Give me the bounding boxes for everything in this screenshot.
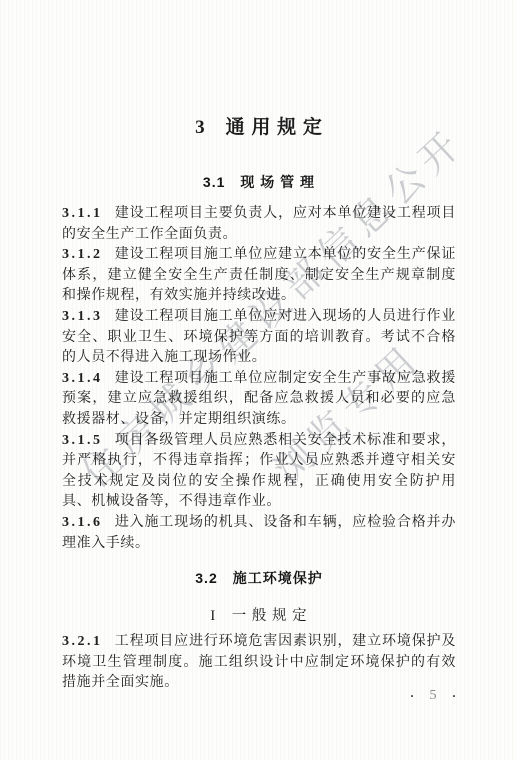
footer-dot-left: · — [410, 690, 414, 702]
clause-number: 3.1.6 — [62, 515, 103, 530]
clause-number: 3.1.3 — [62, 309, 103, 324]
clause-number: 3.2.1 — [62, 634, 103, 649]
section: 3.2 施工环境保护I 一 般 规 定3.2.1工程项目应进行环境危害因素识别，… — [62, 568, 456, 694]
section-heading: 3.2 施工环境保护 — [62, 568, 456, 588]
clause-number: 3.1.1 — [62, 206, 103, 221]
sections-container: 3.1 现 场 管 理3.1.1建设工程项目主要负责人，应对本单位建设工程项目的… — [62, 172, 456, 694]
clause-text: 项目各级管理人员应熟悉相关安全技术标准和要求，并严格执行，不得违章指挥；作业人员… — [62, 433, 456, 510]
clause-text: 工程项目应进行环境危害因素识别，建立环境保护及环境卫生管理制度。施工组织设计中应… — [62, 634, 456, 690]
clause-text: 建设工程项目施工单位应制定安全生产事故应急救援预案，建立应急救援组织，配备应急救… — [62, 371, 456, 427]
clause-number: 3.1.5 — [62, 433, 103, 448]
section-subheading: I 一 般 规 定 — [62, 604, 456, 625]
document-page: 住房城乡建设部信息公开 浏览专用 3 通 用 规 定 3.1 现 场 管 理3.… — [0, 0, 516, 760]
section: 3.1 现 场 管 理3.1.1建设工程项目主要负责人，应对本单位建设工程项目的… — [62, 172, 456, 554]
clause-text: 建设工程项目主要负责人，应对本单位建设工程项目的安全生产工作全面负责。 — [62, 206, 456, 242]
clause: 3.1.1建设工程项目主要负责人，应对本单位建设工程项目的安全生产工作全面负责。 — [62, 204, 456, 245]
chapter-title: 3 通 用 规 定 — [62, 0, 456, 139]
clause-text: 建设工程项目施工单位应对进入现场的人员进行作业安全、职业卫生、环境保护等方面的培… — [62, 309, 456, 365]
page-footer: · 5 · — [410, 689, 456, 703]
section-heading: 3.1 现 场 管 理 — [62, 172, 456, 192]
clause: 3.1.3建设工程项目施工单位应对进入现场的人员进行作业安全、职业卫生、环境保护… — [62, 307, 456, 369]
document-body: 3 通 用 规 定 3.1 现 场 管 理3.1.1建设工程项目主要负责人，应对… — [62, 0, 456, 694]
clause-number: 3.1.2 — [62, 247, 103, 262]
footer-dot-right: · — [452, 690, 456, 702]
page-number: 5 — [430, 689, 437, 703]
clause: 3.1.4建设工程项目施工单位应制定安全生产事故应急救援预案，建立应急救援组织，… — [62, 369, 456, 431]
clause-number: 3.1.4 — [62, 371, 103, 386]
clause: 3.2.1工程项目应进行环境危害因素识别，建立环境保护及环境卫生管理制度。施工组… — [62, 632, 456, 694]
clause-text: 进入施工现场的机具、设备和车辆，应检验合格并办理准入手续。 — [62, 515, 456, 551]
clause-text: 建设工程项目施工单位应建立本单位的安全生产保证体系，建立健全安全生产责任制度、制… — [62, 247, 456, 303]
clause: 3.1.2建设工程项目施工单位应建立本单位的安全生产保证体系，建立健全安全生产责… — [62, 245, 456, 307]
clause: 3.1.6进入施工现场的机具、设备和车辆，应检验合格并办理准入手续。 — [62, 513, 456, 554]
clause: 3.1.5项目各级管理人员应熟悉相关安全技术标准和要求，并严格执行，不得违章指挥… — [62, 431, 456, 513]
